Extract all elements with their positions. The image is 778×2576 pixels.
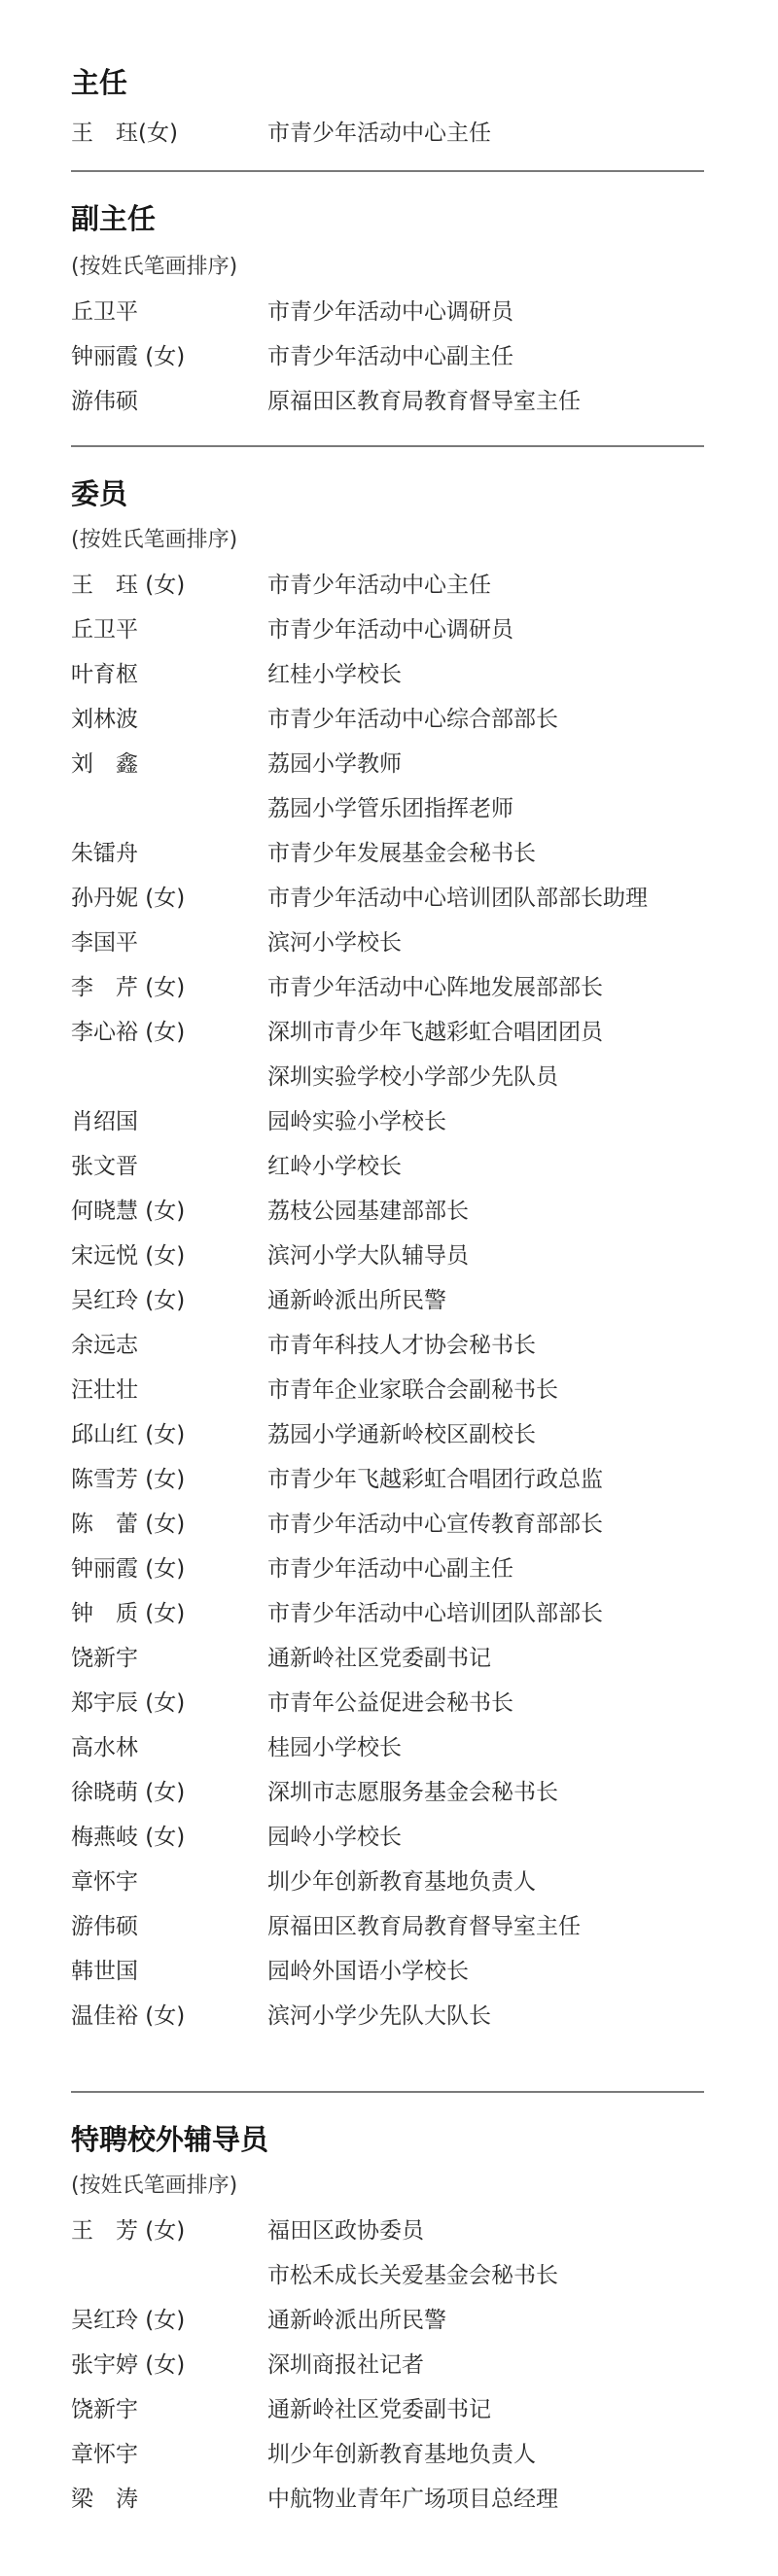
list-item: 温佳裕 (女)滨河小学少先队大队长 — [71, 1994, 705, 2038]
list-item: 市松禾成长关爱基金会秘书长 — [71, 2253, 705, 2298]
member-name: 高水林 — [71, 1725, 138, 1770]
member-title: 深圳市志愿服务基金会秘书长 — [267, 1770, 558, 1815]
list-item: 吴红玲 (女)通新岭派出所民警 — [71, 1278, 705, 1323]
member-name: 梅燕岐 (女) — [71, 1815, 185, 1860]
list-item: 饶新宇通新岭社区党委副书记 — [71, 2387, 705, 2432]
member-name: 李心裕 (女) — [71, 1010, 185, 1055]
section-heading: 特聘校外辅导员 — [71, 2123, 705, 2156]
section-members: 委员 (按姓氏笔画排序) 王 珏 (女)市青少年活动中心主任 丘卫平市青少年活动… — [71, 477, 705, 2083]
list-item: 饶新宇通新岭社区党委副书记 — [71, 1636, 705, 1681]
list-item: 丘卫平市青少年活动中心调研员 — [71, 608, 705, 652]
member-title: 市青少年活动中心培训团队部部长助理 — [267, 876, 648, 921]
list-item: 孙丹妮 (女)市青少年活动中心培训团队部部长助理 — [71, 876, 705, 921]
member-name: 何晓慧 (女) — [71, 1189, 185, 1234]
list-item: 韩世国园岭外国语小学校长 — [71, 1949, 705, 1994]
section-heading: 副主任 — [71, 202, 705, 235]
member-name: 丘卫平 — [71, 290, 138, 334]
member-title: 滨河小学校长 — [267, 921, 402, 965]
member-title: 荔园小学通新岭校区副校长 — [267, 1412, 536, 1457]
member-name: 钟 质 (女) — [71, 1591, 185, 1636]
list-item: 王 珏(女) 市青少年活动中心主任 — [71, 111, 705, 156]
member-name: 吴红玲 (女) — [71, 2298, 185, 2343]
member-title: 中航物业青年广场项目总经理 — [267, 2477, 558, 2522]
member-title: 市青年公益促进会秘书长 — [267, 1681, 513, 1725]
list-item: 王 珏 (女)市青少年活动中心主任 — [71, 563, 705, 608]
member-name: 叶育枢 — [71, 652, 138, 697]
member-name: 陈雪芳 (女) — [71, 1457, 185, 1502]
member-name: 章怀宇 — [71, 1860, 138, 1904]
member-title: 深圳实验学校小学部少先队员 — [267, 1055, 558, 1099]
member-title: 市青年科技人才协会秘书长 — [267, 1323, 536, 1368]
member-title: 市青少年活动中心调研员 — [267, 608, 513, 652]
list-item: 宋远悦 (女)滨河小学大队辅导员 — [71, 1234, 705, 1278]
section-deputy-director: 副主任 (按姓氏笔画排序) 丘卫平市青少年活动中心调研员 钟丽霞 (女)市青少年… — [71, 202, 705, 424]
list-item: 徐晓萌 (女)深圳市志愿服务基金会秘书长 — [71, 1770, 705, 1815]
member-title: 市青少年活动中心阵地发展部部长 — [267, 965, 603, 1010]
sort-note: (按姓氏笔画排序) — [71, 245, 705, 290]
member-name: 余远志 — [71, 1323, 138, 1368]
list-item: 深圳实验学校小学部少先队员 — [71, 1055, 705, 1099]
list-item: 刘林波市青少年活动中心综合部部长 — [71, 697, 705, 742]
section-heading: 主任 — [71, 66, 705, 99]
list-item: 郑宇辰 (女)市青年公益促进会秘书长 — [71, 1681, 705, 1725]
member-name: 刘 鑫 — [71, 742, 138, 786]
section-special-counselors: 特聘校外辅导员 (按姓氏笔画排序) 王 芳 (女)福田区政协委员 市松禾成长关爱… — [71, 2123, 705, 2522]
list-item: 梅燕岐 (女)园岭小学校长 — [71, 1815, 705, 1860]
list-item: 高水林桂园小学校长 — [71, 1725, 705, 1770]
member-title: 园岭实验小学校长 — [267, 1099, 446, 1144]
member-name: 肖绍国 — [71, 1099, 138, 1144]
member-title: 市松禾成长关爱基金会秘书长 — [267, 2253, 558, 2298]
member-title: 通新岭社区党委副书记 — [267, 1636, 491, 1681]
member-name: 王 芳 (女) — [71, 2209, 185, 2253]
section-heading: 委员 — [71, 477, 705, 510]
member-name: 汪壮壮 — [71, 1368, 138, 1412]
member-name: 韩世国 — [71, 1949, 138, 1994]
member-title: 深圳市青少年飞越彩虹合唱团团员 — [267, 1010, 603, 1055]
list-item: 吴红玲 (女)通新岭派出所民警 — [71, 2298, 705, 2343]
list-item: 余远志市青年科技人才协会秘书长 — [71, 1323, 705, 1368]
member-title: 市青少年活动中心综合部部长 — [267, 697, 558, 742]
list-item: 朱镭舟市青少年发展基金会秘书长 — [71, 831, 705, 876]
member-name: 饶新宇 — [71, 1636, 138, 1681]
list-item: 张文晋红岭小学校长 — [71, 1144, 705, 1189]
member-title: 原福田区教育局教育督导室主任 — [267, 1904, 581, 1949]
member-title: 市青少年飞越彩虹合唱团行政总监 — [267, 1457, 603, 1502]
member-title: 园岭外国语小学校长 — [267, 1949, 469, 1994]
list-item: 王 芳 (女)福田区政协委员 — [71, 2209, 705, 2253]
list-item: 钟丽霞 (女)市青少年活动中心副主任 — [71, 334, 705, 379]
divider — [71, 170, 704, 172]
list-item: 游伟硕原福田区教育局教育督导室主任 — [71, 379, 705, 424]
sort-note: (按姓氏笔画排序) — [71, 2164, 705, 2209]
list-item: 肖绍国园岭实验小学校长 — [71, 1099, 705, 1144]
member-title: 市青年企业家联合会副秘书长 — [267, 1368, 558, 1412]
member-title: 深圳商报社记者 — [267, 2343, 424, 2387]
member-name: 李 芹 (女) — [71, 965, 185, 1010]
member-name: 王 珏(女) — [71, 111, 178, 156]
member-title: 福田区政协委员 — [267, 2209, 424, 2253]
member-name: 温佳裕 (女) — [71, 1994, 185, 2038]
list-item: 何晓慧 (女)荔枝公园基建部部长 — [71, 1189, 705, 1234]
member-title: 市青少年活动中心主任 — [267, 111, 491, 156]
list-item: 陈雪芳 (女)市青少年飞越彩虹合唱团行政总监 — [71, 1457, 705, 1502]
member-title: 通新岭社区党委副书记 — [267, 2387, 491, 2432]
member-name: 梁 涛 — [71, 2477, 138, 2522]
list-item: 章怀宇圳少年创新教育基地负责人 — [71, 2432, 705, 2477]
member-name: 饶新宇 — [71, 2387, 138, 2432]
member-name: 钟丽霞 (女) — [71, 334, 185, 379]
list-item: 李国平滨河小学校长 — [71, 921, 705, 965]
member-name: 陈 蕾 (女) — [71, 1502, 185, 1547]
member-name: 游伟硕 — [71, 379, 138, 424]
member-title: 市青少年活动中心主任 — [267, 563, 491, 608]
member-name: 游伟硕 — [71, 1904, 138, 1949]
sort-note: (按姓氏笔画排序) — [71, 518, 705, 563]
member-title: 通新岭派出所民警 — [267, 2298, 446, 2343]
member-name: 邱山红 (女) — [71, 1412, 185, 1457]
member-name: 孙丹妮 (女) — [71, 876, 185, 921]
member-title: 荔园小学管乐团指挥老师 — [267, 786, 513, 831]
member-name: 张文晋 — [71, 1144, 138, 1189]
list-item: 李心裕 (女)深圳市青少年飞越彩虹合唱团团员 — [71, 1010, 705, 1055]
member-title: 市青少年发展基金会秘书长 — [267, 831, 536, 876]
member-name: 钟丽霞 (女) — [71, 1547, 185, 1591]
list-item: 叶育枢红桂小学校长 — [71, 652, 705, 697]
member-name: 吴红玲 (女) — [71, 1278, 185, 1323]
member-title: 市青少年活动中心培训团队部部长 — [267, 1591, 603, 1636]
list-item: 邱山红 (女)荔园小学通新岭校区副校长 — [71, 1412, 705, 1457]
member-title: 园岭小学校长 — [267, 1815, 402, 1860]
list-item: 章怀宇圳少年创新教育基地负责人 — [71, 1860, 705, 1904]
member-name: 郑宇辰 (女) — [71, 1681, 185, 1725]
member-name: 李国平 — [71, 921, 138, 965]
member-title: 通新岭派出所民警 — [267, 1278, 446, 1323]
list-item: 荔园小学管乐团指挥老师 — [71, 786, 705, 831]
list-item: 张宇婷 (女)深圳商报社记者 — [71, 2343, 705, 2387]
member-title: 原福田区教育局教育督导室主任 — [267, 379, 581, 424]
list-item: 钟 质 (女)市青少年活动中心培训团队部部长 — [71, 1591, 705, 1636]
member-title: 市青少年活动中心副主任 — [267, 1547, 513, 1591]
member-title: 滨河小学少先队大队长 — [267, 1994, 491, 2038]
member-name: 朱镭舟 — [71, 831, 138, 876]
list-item: 汪壮壮市青年企业家联合会副秘书长 — [71, 1368, 705, 1412]
list-item: 李 芹 (女)市青少年活动中心阵地发展部部长 — [71, 965, 705, 1010]
member-title: 红桂小学校长 — [267, 652, 402, 697]
section-director: 主任 王 珏(女) 市青少年活动中心主任 — [71, 66, 705, 156]
member-name: 张宇婷 (女) — [71, 2343, 185, 2387]
list-item: 梁 涛中航物业青年广场项目总经理 — [71, 2477, 705, 2522]
list-item — [71, 2038, 705, 2083]
member-title: 市青少年活动中心副主任 — [267, 334, 513, 379]
list-item: 游伟硕原福田区教育局教育督导室主任 — [71, 1904, 705, 1949]
list-item: 陈 蕾 (女)市青少年活动中心宣传教育部部长 — [71, 1502, 705, 1547]
member-title: 圳少年创新教育基地负责人 — [267, 2432, 536, 2477]
list-item: 丘卫平市青少年活动中心调研员 — [71, 290, 705, 334]
member-name: 刘林波 — [71, 697, 138, 742]
member-title: 荔枝公园基建部部长 — [267, 1189, 469, 1234]
member-name: 徐晓萌 (女) — [71, 1770, 185, 1815]
divider — [71, 445, 704, 447]
member-name: 章怀宇 — [71, 2432, 138, 2477]
divider — [71, 2091, 704, 2093]
member-title: 荔园小学教师 — [267, 742, 402, 786]
member-name: 丘卫平 — [71, 608, 138, 652]
member-name: 宋远悦 (女) — [71, 1234, 185, 1278]
member-title: 圳少年创新教育基地负责人 — [267, 1860, 536, 1904]
member-title: 市青少年活动中心宣传教育部部长 — [267, 1502, 603, 1547]
member-title: 滨河小学大队辅导员 — [267, 1234, 469, 1278]
member-name: 王 珏 (女) — [71, 563, 185, 608]
list-item: 钟丽霞 (女)市青少年活动中心副主任 — [71, 1547, 705, 1591]
member-title: 市青少年活动中心调研员 — [267, 290, 513, 334]
member-title: 红岭小学校长 — [267, 1144, 402, 1189]
member-title: 桂园小学校长 — [267, 1725, 402, 1770]
list-item: 刘 鑫荔园小学教师 — [71, 742, 705, 786]
